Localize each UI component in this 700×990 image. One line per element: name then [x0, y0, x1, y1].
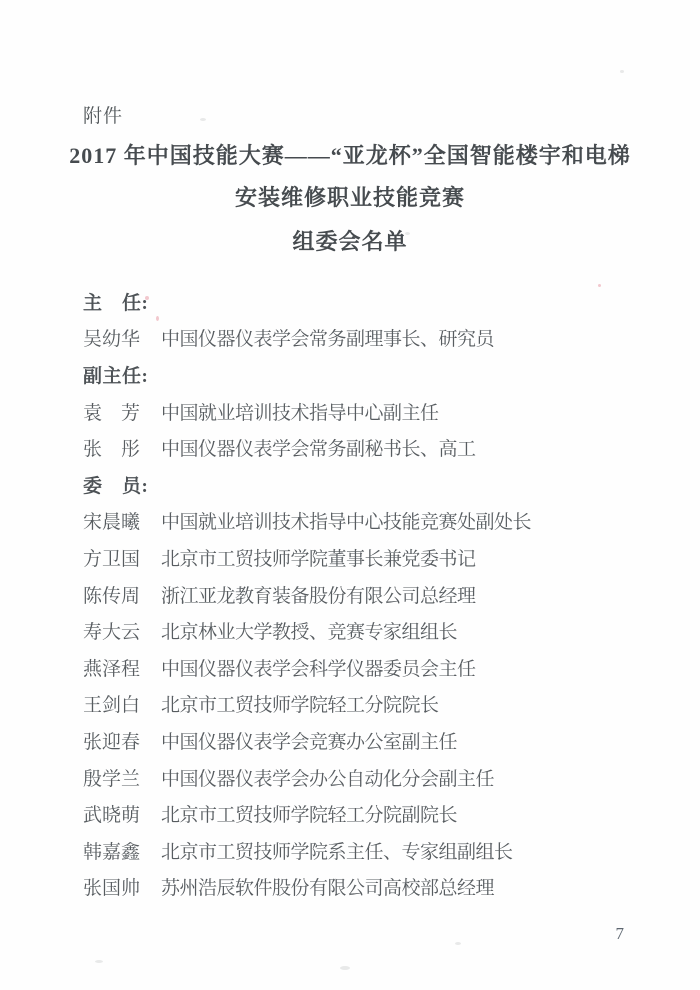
scan-speckle: [620, 70, 624, 73]
member-title: 中国仪器仪表学会常务副理事长、研究员: [161, 324, 494, 351]
committee-member-row: 张迎春 中国仪器仪表学会竞赛办公室副主任: [83, 722, 670, 759]
committee-member-row: 寿大云 北京林业大学教授、竞赛专家组组长: [83, 612, 670, 649]
scan-speckle: [455, 942, 461, 945]
committee-member-row: 张 彤 中国仪器仪表学会常务副秘书长、高工: [83, 429, 670, 466]
member-title: 中国就业培训技术指导中心技能竞赛处副处长: [161, 507, 531, 534]
member-name: 张 彤: [83, 434, 141, 461]
member-title: 中国仪器仪表学会科学仪器委员会主任: [161, 654, 476, 681]
member-name: 张迎春: [83, 727, 141, 754]
member-name: 王剑白: [83, 690, 141, 717]
section-heading-members: 委 员:: [83, 466, 670, 503]
committee-roster: 主 任: 吴幼华 中国仪器仪表学会常务副理事长、研究员 副主任: 袁 芳 中国就…: [83, 283, 670, 905]
member-title: 北京市工贸技师学院系主任、专家组副组长: [161, 837, 513, 864]
member-name: 张国帅: [83, 873, 141, 900]
document-page: 附件 2017 年中国技能大赛——“亚龙杯”全国智能楼宇和电梯 安装维修职业技能…: [0, 0, 700, 990]
member-name: 韩嘉鑫: [83, 837, 141, 864]
committee-member-row: 殷学兰 中国仪器仪表学会办公自动化分会副主任: [83, 759, 670, 796]
section-heading-label: 主 任:: [83, 288, 141, 315]
section-heading-label: 副主任:: [83, 361, 141, 388]
member-title: 中国仪器仪表学会竞赛办公室副主任: [161, 727, 457, 754]
member-title: 北京市工贸技师学院轻工分院副院长: [161, 800, 457, 827]
member-title: 北京市工贸技师学院轻工分院院长: [161, 690, 439, 717]
scan-speckle: [200, 118, 206, 121]
committee-member-row: 宋晨曦 中国就业培训技术指导中心技能竞赛处副处长: [83, 503, 670, 540]
scan-speckle: [95, 960, 103, 963]
committee-member-row: 陈传周 浙江亚龙教育装备股份有限公司总经理: [83, 576, 670, 613]
member-title: 北京市工贸技师学院董事长兼党委书记: [161, 544, 476, 571]
committee-member-row: 燕泽程 中国仪器仪表学会科学仪器委员会主任: [83, 649, 670, 686]
committee-member-row: 方卫国 北京市工贸技师学院董事长兼党委书记: [83, 539, 670, 576]
section-heading-director: 主 任:: [83, 283, 670, 320]
section-heading-deputy-directors: 副主任:: [83, 356, 670, 393]
member-name: 殷学兰: [83, 764, 141, 791]
section-heading-label: 委 员:: [83, 471, 141, 498]
member-title: 浙江亚龙教育装备股份有限公司总经理: [161, 581, 476, 608]
member-title: 中国仪器仪表学会常务副秘书长、高工: [161, 434, 476, 461]
member-title: 苏州浩辰软件股份有限公司高校部总经理: [161, 873, 494, 900]
committee-member-row: 武晓萌 北京市工贸技师学院轻工分院副院长: [83, 795, 670, 832]
attachment-label: 附件: [83, 101, 123, 128]
document-subtitle-roster: 组委会名单: [0, 225, 700, 256]
member-title: 中国仪器仪表学会办公自动化分会副主任: [161, 764, 494, 791]
member-title: 北京林业大学教授、竞赛专家组组长: [161, 617, 457, 644]
document-title-line1: 2017 年中国技能大赛——“亚龙杯”全国智能楼宇和电梯: [0, 139, 700, 170]
member-name: 寿大云: [83, 617, 141, 644]
member-name: 宋晨曦: [83, 507, 141, 534]
committee-member-row: 袁 芳 中国就业培训技术指导中心副主任: [83, 393, 670, 430]
member-name: 燕泽程: [83, 654, 141, 681]
committee-member-row: 王剑白 北京市工贸技师学院轻工分院院长: [83, 686, 670, 723]
committee-member-row: 韩嘉鑫 北京市工贸技师学院系主任、专家组副组长: [83, 832, 670, 869]
page-number: 7: [616, 924, 625, 944]
document-title-line2: 安装维修职业技能竞赛: [0, 181, 700, 212]
scan-speckle: [340, 966, 350, 970]
member-name: 武晓萌: [83, 800, 141, 827]
committee-member-row: 张国帅 苏州浩辰软件股份有限公司高校部总经理: [83, 869, 670, 906]
committee-member-row: 吴幼华 中国仪器仪表学会常务副理事长、研究员: [83, 320, 670, 357]
member-name: 袁 芳: [83, 398, 141, 425]
member-name: 陈传周: [83, 581, 141, 608]
member-title: 中国就业培训技术指导中心副主任: [161, 398, 439, 425]
member-name: 方卫国: [83, 544, 141, 571]
member-name: 吴幼华: [83, 324, 141, 351]
